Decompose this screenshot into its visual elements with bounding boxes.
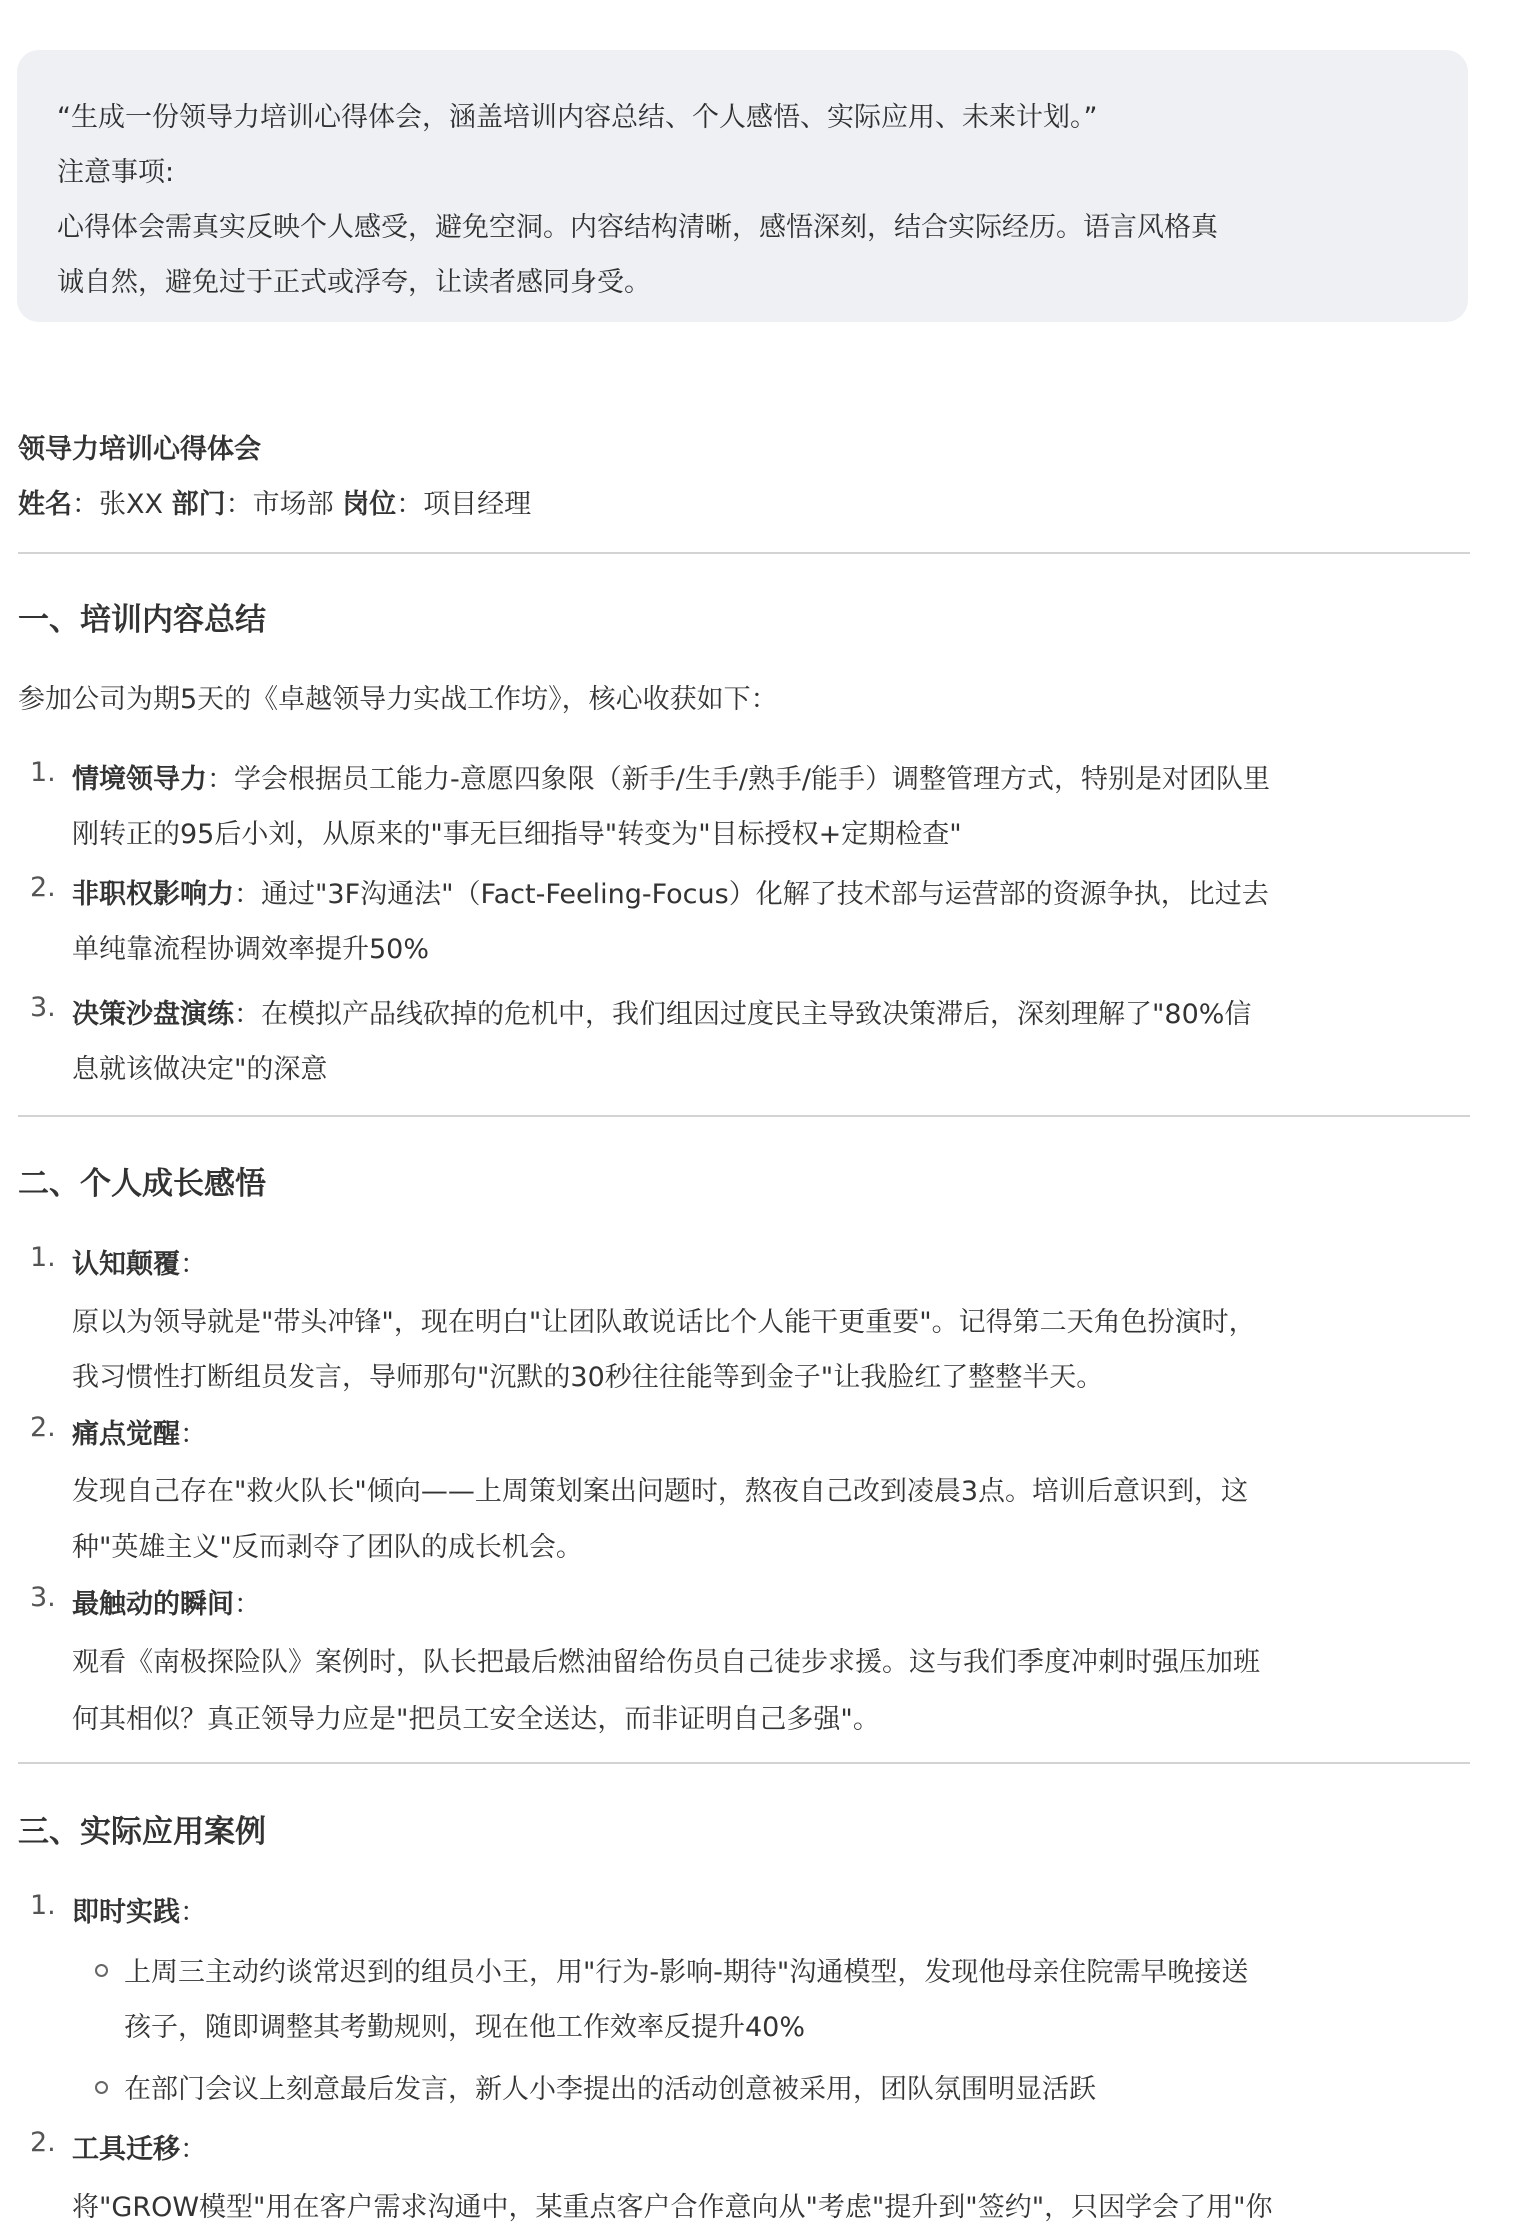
section-heading: 一、培训内容总结 <box>18 594 266 639</box>
item-text: 单纯靠流程协调效率提升50% <box>72 927 429 966</box>
prompt-notes-line: 诚自然，避免过于正式或浮夸，让读者感同身受。 <box>57 255 1428 310</box>
document-meta: 姓名：张XX 部门：市场部 岗位：项目经理 <box>18 482 531 521</box>
list-number: 2. <box>30 2127 56 2158</box>
divider <box>18 552 1470 554</box>
item-text: 发现自己存在"救火队长"倾向——上周策划案出问题时，熬夜自己改到凌晨3点。培训后… <box>72 1469 1248 1508</box>
divider <box>18 1115 1470 1117</box>
item-text: 息就该做决定"的深意 <box>72 1047 327 1086</box>
item-text: 刚转正的95后小刘，从原来的"事无巨细指导"转变为"目标授权+定期检查" <box>72 812 962 851</box>
item-label: 即时实践 <box>72 1897 180 1928</box>
item-text: 何其相似？真正领导力应是"把员工安全送达，而非证明自己多强"。 <box>72 1697 880 1736</box>
list-number: 1. <box>30 1890 56 1921</box>
item-label: 痛点觉醒 <box>72 1419 180 1450</box>
role-label: 岗位 <box>342 489 396 520</box>
prompt-notes-label: 注意事项: <box>57 145 1428 200</box>
item-text: 我习惯性打断组员发言，导师那句"沉默的30秒往往能等到金子"让我脸红了整整半天。 <box>72 1355 1103 1394</box>
sub-item-text: 在部门会议上刻意最后发言，新人小李提出的活动创意被采用，团队氛围明显活跃 <box>124 2067 1096 2106</box>
sub-item-text: 孩子，随即调整其考勤规则，现在他工作效率反提升40% <box>124 2005 805 2044</box>
section-heading: 二、个人成长感悟 <box>18 1158 266 1203</box>
item-label: 工具迁移 <box>72 2134 180 2165</box>
item-text: 观看《南极探险队》案例时，队长把最后燃油留给伤员自己徒步求援。这与我们季度冲刺时… <box>72 1640 1260 1679</box>
name-label: 姓名 <box>18 489 72 520</box>
list-number: 1. <box>30 757 56 788</box>
prompt-notes-line: 心得体会需真实反映个人感受，避免空洞。内容结构清晰，感悟深刻，结合实际经历。语言… <box>57 200 1428 255</box>
list-number: 1. <box>30 1242 56 1273</box>
item-label: 非职权影响力 <box>72 879 234 910</box>
document-title: 领导力培训心得体会 <box>18 427 261 466</box>
item-text: 种"英雄主义"反而剥夺了团队的成长机会。 <box>72 1525 583 1564</box>
list-number: 2. <box>30 872 56 903</box>
sub-item-text: 上周三主动约谈常迟到的组员小王，用"行为-影响-期待"沟通模型，发现他母亲住院需… <box>124 1950 1248 1989</box>
item-text: 原以为领导就是"带头冲锋"，现在明白"让团队敢说话比个人能干更重要"。记得第二天… <box>72 1300 1256 1339</box>
item-label: 最触动的瞬间 <box>72 1589 234 1620</box>
dept-label: 部门 <box>172 489 226 520</box>
prompt-request: “生成一份领导力培训心得体会，涵盖培训内容总结、个人感悟、实际应用、未来计划。” <box>57 90 1428 145</box>
name-value: 张XX <box>99 489 163 520</box>
item-label: 情境领导力 <box>72 764 207 795</box>
prompt-box: “生成一份领导力培训心得体会，涵盖培训内容总结、个人感悟、实际应用、未来计划。”… <box>17 50 1468 322</box>
item-label: 认知颠覆 <box>72 1249 180 1280</box>
dept-value: 市场部 <box>253 489 334 520</box>
role-value: 项目经理 <box>423 489 531 520</box>
section-heading: 三、实际应用案例 <box>18 1806 266 1851</box>
divider <box>18 1762 1470 1764</box>
list-number: 3. <box>30 992 56 1023</box>
list-number: 2. <box>30 1412 56 1443</box>
item-label: 决策沙盘演练 <box>72 999 234 1030</box>
list-number: 3. <box>30 1582 56 1613</box>
section-intro: 参加公司为期5天的《卓越领导力实战工作坊》，核心收获如下： <box>18 677 778 716</box>
item-text: 将"GROW模型"用在客户需求沟通中，某重点客户合作意向从"考虑"提升到"签约"… <box>72 2185 1273 2224</box>
circle-bullet-icon <box>95 1964 108 1977</box>
circle-bullet-icon <box>95 2081 108 2094</box>
